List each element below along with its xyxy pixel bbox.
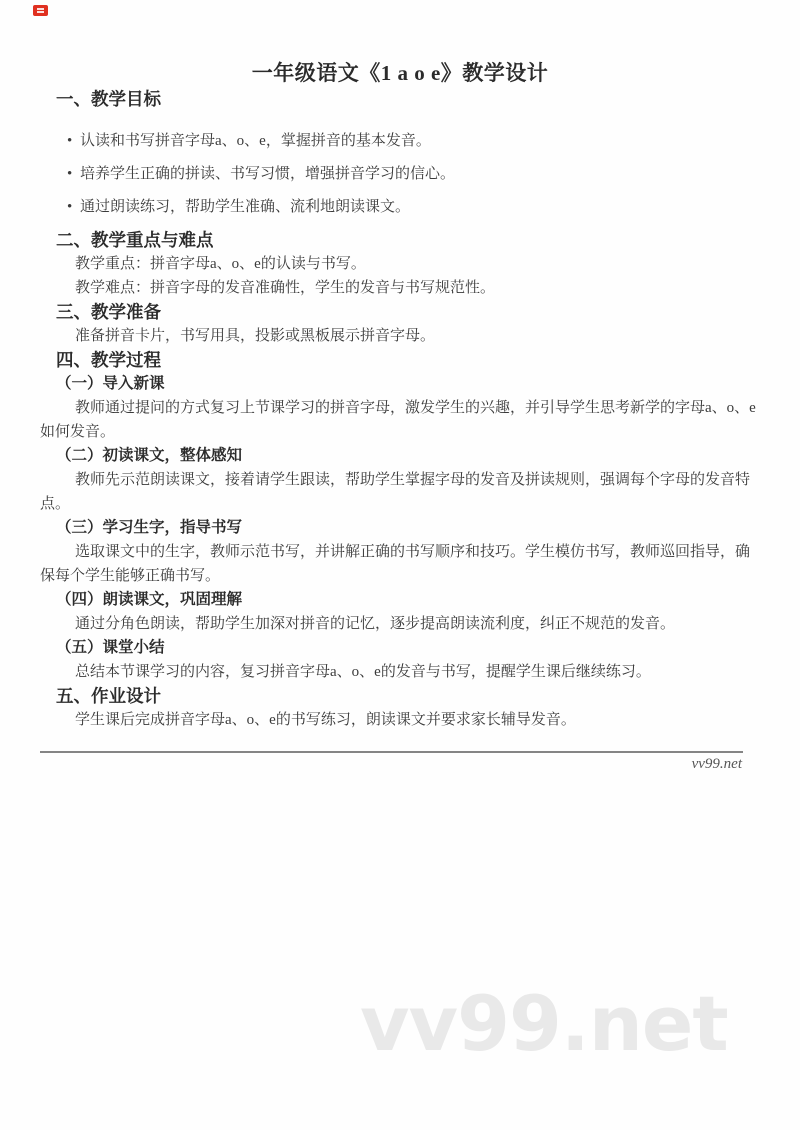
list-item: 培养学生正确的拼读、书写习惯，增强拼音学习的信心。 [67, 162, 760, 186]
paragraph-preparation: 准备拼音卡片，书写用具，投影或黑板展示拼音字母。 [40, 324, 760, 348]
footer-site-label: vv99.net [0, 756, 742, 773]
paragraph-reading-aloud: 通过分角色朗读，帮助学生加深对拼音的记忆，逐步提高朗读流利度，纠正不规范的发音。 [40, 612, 760, 636]
paragraph-focus-key: 教学重点：拼音字母a、o、e的认读与书写。 [40, 252, 760, 276]
document-page: vv99.net 一年级语文《1 a o e》教学设计 一、教学目标 认读和书写… [0, 0, 800, 1130]
section-heading-preparation: 三、教学准备 [40, 300, 760, 324]
footer-divider [40, 751, 743, 753]
paragraph-writing: 选取课文中的生字，教师示范书写，并讲解正确的书写顺序和技巧。学生模仿书写，教师巡… [40, 540, 760, 588]
paragraph-intro: 教师通过提问的方式复习上节课学习的拼音字母，激发学生的兴趣，并引导学生思考新学的… [40, 396, 760, 444]
subsection-heading-reading-aloud: （四）朗读课文，巩固理解 [40, 588, 760, 612]
watermark: vv99.net [360, 986, 728, 1062]
page-title: 一年级语文《1 a o e》教学设计 [40, 0, 760, 87]
subsection-heading-intro: （一）导入新课 [40, 372, 760, 396]
subsection-heading-summary: （五）课堂小结 [40, 636, 760, 660]
paragraph-homework: 学生课后完成拼音字母a、o、e的书写练习，朗读课文并要求家长辅导发音。 [40, 708, 760, 732]
paragraph-focus-difficulty: 教学难点：拼音字母的发音准确性，学生的发音与书写规范性。 [40, 276, 760, 300]
section-heading-focus: 二、教学重点与难点 [40, 228, 760, 252]
section-heading-goals: 一、教学目标 [40, 87, 760, 111]
list-item: 通过朗读练习，帮助学生准确、流利地朗读课文。 [67, 195, 760, 219]
red-stamp-icon [33, 5, 48, 16]
paragraph-first-reading: 教师先示范朗读课文，接着请学生跟读，帮助学生掌握字母的发音及拼读规则，强调每个字… [40, 468, 760, 516]
list-item: 认读和书写拼音字母a、o、e，掌握拼音的基本发音。 [67, 129, 760, 153]
paragraph-summary: 总结本节课学习的内容，复习拼音字母a、o、e的发音与书写，提醒学生课后继续练习。 [40, 660, 760, 684]
subsection-heading-first-reading: （二）初读课文，整体感知 [40, 444, 760, 468]
section-heading-homework: 五、作业设计 [40, 684, 760, 708]
subsection-heading-writing: （三）学习生字，指导书写 [40, 516, 760, 540]
document-content: 一年级语文《1 a o e》教学设计 一、教学目标 认读和书写拼音字母a、o、e… [0, 0, 800, 732]
goals-list: 认读和书写拼音字母a、o、e，掌握拼音的基本发音。 培养学生正确的拼读、书写习惯… [40, 129, 760, 219]
section-heading-process: 四、教学过程 [40, 348, 760, 372]
